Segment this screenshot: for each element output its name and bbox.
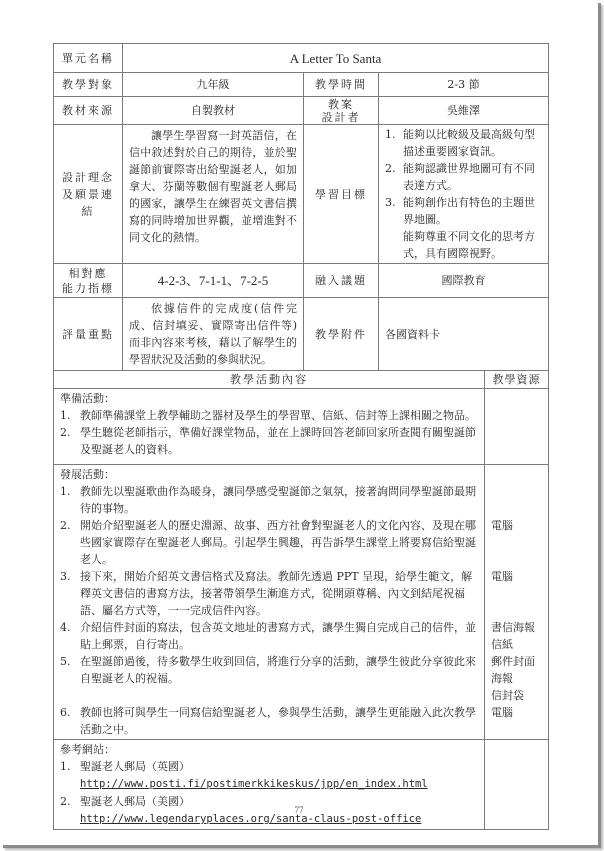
item-number: 2. <box>60 517 71 534</box>
preparation-title: 準備活動： <box>60 390 478 407</box>
goal-text: 能夠創作出有特色的主題世界地圖。 <box>403 196 535 226</box>
item-text: 在聖誕節過後，待多數學生收到回信，將進行分享的活動，讓學生彼此分享彼此來自聖誕老… <box>80 655 476 685</box>
row-indicators-topic: 相對應 能力指標 4-2-3、7-1-1、7-2-5 融入議題 國際教育 <box>54 264 549 298</box>
development-item: 5.在聖誕節過後，待多數學生收到回信，將進行分享的活動，讓學生彼此分享彼此來自聖… <box>60 653 478 687</box>
row-unit-name: 單元名稱 A Letter To Santa <box>54 44 549 73</box>
development-resources: 電腦 電腦 書信海報 信紙 郵件封面 海報 信封袋 電腦 <box>485 465 549 740</box>
goals-label: 學習目標 <box>304 125 379 264</box>
development-item: 6.教師也將可與學生一同寫信給聖誕老人，參與學生活動，讓學生更能融入此次教學活動… <box>60 704 478 738</box>
attachment-label: 教學附件 <box>304 298 379 371</box>
activities-content-header: 教學活動內容 <box>54 371 485 389</box>
item-number: 1. <box>60 407 71 424</box>
indicators-label: 相對應 能力指標 <box>54 264 123 298</box>
resource-item: 電腦 <box>491 517 542 534</box>
goal-text: 能夠尊重不同文化的思考方式，具有國際視野。 <box>403 230 535 260</box>
preparation-item: 2.學生聽從老師指示，準備好課堂物品，並在上課時回答老師回家所查閱有關聖誕節及聖… <box>60 424 478 458</box>
row-references: 參考網站： 1. 聖誕老人郵局（英國） http://www.posti.fi/… <box>54 740 549 830</box>
item-number: 1. <box>60 758 71 775</box>
goals-list: 1.能夠以比較級及最高級句型描述重要國家資訊。 2.能夠認識世界地圖可有不同表達… <box>385 126 542 262</box>
item-text: 學生聽從老師指示，準備好課堂物品，並在上課時回答老師回家所查閱有關聖誕節及聖誕老… <box>80 426 476 456</box>
preparation-resources <box>485 389 549 465</box>
time-value: 2-3 節 <box>379 73 549 97</box>
row-activities-header: 教學活動內容 教學資源 <box>54 371 549 389</box>
references-resources <box>485 740 549 830</box>
document-page: 單元名稱 A Letter To Santa 教學對象 九年級 教學時間 2-3… <box>0 0 598 845</box>
item-text: 教師先以聖誕歌曲作為暖身，讓同學感受聖誕節之氣氛，接著詢問同學聖誕節最期待的事物… <box>80 485 476 515</box>
item-text: 教師也將可與學生一同寫信給聖誕老人，參與學生活動，讓學生更能融入此次教學活動之中… <box>80 706 476 736</box>
item-number: 3. <box>60 568 71 585</box>
design-text: 讓學生學習寫一封英語信，在信中敘述對於自己的期待，並於聖誕節前實際寄出給聖誕老人… <box>123 125 304 264</box>
item-number: 4. <box>60 619 71 636</box>
topic-value: 國際教育 <box>379 264 549 298</box>
design-label: 設計理念 及願景連 結 <box>54 125 123 264</box>
item-text: 介紹信件封面的寫法，包含英文地址的書寫方式，讓學生獨自完成自己的信件，並貼上郵票… <box>80 621 476 651</box>
target-label: 教學對象 <box>54 73 123 97</box>
resource-item: 書信海報 <box>491 619 542 636</box>
row-assessment-attachment: 評量重點 依據信件的完成度(信件完成、信封填妥、實際寄出信件等)而非內容來考核，… <box>54 298 549 371</box>
goal-number: 3. <box>385 194 396 211</box>
item-text: 教師準備課堂上教學輔助之器材及學生的學習單、信紙、信封等上課相關之物品。 <box>80 409 476 422</box>
development-item: 4.介紹信件封面的寫法，包含英文地址的書寫方式，讓學生獨自完成自己的信件，並貼上… <box>60 619 478 653</box>
item-text: 開始介紹聖誕老人的歷史淵源、故事、西方社會對聖誕老人的文化內容、及現在哪些國家實… <box>80 519 476 566</box>
row-preparation: 準備活動： 1.教師準備課堂上教學輔助之器材及學生的學習單、信紙、信封等上課相關… <box>54 389 549 465</box>
goal-item: 3.能夠創作出有特色的主題世界地圖。 <box>385 194 542 228</box>
goal-number: 2. <box>385 160 396 177</box>
preparation-cell: 準備活動： 1.教師準備課堂上教學輔助之器材及學生的學習單、信紙、信封等上課相關… <box>54 389 485 465</box>
designer-label: 教案 設計者 <box>304 97 379 125</box>
goal-text: 能夠認識世界地圖可有不同表達方式。 <box>403 162 535 192</box>
item-number: 5. <box>60 653 71 670</box>
unit-name-value: A Letter To Santa <box>123 44 549 73</box>
item-text: 接下來，開始介紹英文書信格式及寫法。教師先透過 PPT 呈現，給學生範文，解釋英… <box>80 570 472 617</box>
page-number: 77 <box>0 805 598 815</box>
resource-item: 信紙 <box>491 636 542 653</box>
references-cell: 參考網站： 1. 聖誕老人郵局（英國） http://www.posti.fi/… <box>54 740 485 830</box>
goal-text: 能夠以比較級及最高級句型描述重要國家資訊。 <box>403 128 535 158</box>
development-title: 發展活動： <box>60 466 478 483</box>
row-source-designer: 教材來源 自製教材 教案 設計者 吳維澤 <box>54 97 549 125</box>
lesson-plan-table: 單元名稱 A Letter To Santa 教學對象 九年級 教學時間 2-3… <box>53 43 549 830</box>
goal-item: 能夠尊重不同文化的思考方式，具有國際視野。 <box>385 228 542 262</box>
resource-item: 電腦 <box>491 568 542 585</box>
resource-item: 海報 <box>491 670 542 687</box>
reference-link[interactable]: http://www.posti.fi/postimerkkikeskus/jp… <box>80 778 428 790</box>
goals-cell: 1.能夠以比較級及最高級句型描述重要國家資訊。 2.能夠認識世界地圖可有不同表達… <box>379 125 549 264</box>
development-item: 2.開始介紹聖誕老人的歷史淵源、故事、西方社會對聖誕老人的文化內容、及現在哪些國… <box>60 517 478 568</box>
source-label: 教材來源 <box>54 97 123 125</box>
target-value: 九年級 <box>123 73 304 97</box>
topic-label: 融入議題 <box>304 264 379 298</box>
reference-item: 1. 聖誕老人郵局（英國） http://www.posti.fi/postim… <box>60 758 478 793</box>
activities-resources-header: 教學資源 <box>485 371 549 389</box>
row-design-goals: 設計理念 及願景連 結 讓學生學習寫一封英語信，在信中敘述對於自己的期待，並於聖… <box>54 125 549 264</box>
designer-value: 吳維澤 <box>379 97 549 125</box>
goal-item: 1.能夠以比較級及最高級句型描述重要國家資訊。 <box>385 126 542 160</box>
development-cell: 發展活動： 1.教師先以聖誕歌曲作為暖身，讓同學感受聖誕節之氣氛，接著詢問同學聖… <box>54 465 485 740</box>
row-development: 發展活動： 1.教師先以聖誕歌曲作為暖身，讓同學感受聖誕節之氣氛，接著詢問同學聖… <box>54 465 549 740</box>
goal-number: 1. <box>385 126 396 143</box>
resource-item: 電腦 <box>491 704 542 721</box>
development-item: 1.教師先以聖誕歌曲作為暖身，讓同學感受聖誕節之氣氛，接著詢問同學聖誕節最期待的… <box>60 483 478 517</box>
row-target-time: 教學對象 九年級 教學時間 2-3 節 <box>54 73 549 97</box>
assessment-text: 依據信件的完成度(信件完成、信封填妥、實際寄出信件等)而非內容來考核，藉以了解學… <box>123 298 304 371</box>
resource-item: 郵件封面 <box>491 653 542 670</box>
reference-name: 聖誕老人郵局（英國） <box>80 758 478 775</box>
preparation-item: 1.教師準備課堂上教學輔助之器材及學生的學習單、信紙、信封等上課相關之物品。 <box>60 407 478 424</box>
references-title: 參考網站： <box>60 741 478 758</box>
goal-item: 2.能夠認識世界地圖可有不同表達方式。 <box>385 160 542 194</box>
assessment-label: 評量重點 <box>54 298 123 371</box>
unit-name-label: 單元名稱 <box>54 44 123 73</box>
development-item: 3.接下來，開始介紹英文書信格式及寫法。教師先透過 PPT 呈現，給學生範文，解… <box>60 568 478 619</box>
source-value: 自製教材 <box>123 97 304 125</box>
indicators-value: 4-2-3、7-1-1、7-2-5 <box>123 264 304 298</box>
attachment-value: 各國資料卡 <box>379 298 549 371</box>
item-number: 6. <box>60 704 71 721</box>
resource-item: 信封袋 <box>491 687 542 704</box>
item-number: 1. <box>60 483 71 500</box>
item-number: 2. <box>60 424 71 441</box>
time-label: 教學時間 <box>304 73 379 97</box>
